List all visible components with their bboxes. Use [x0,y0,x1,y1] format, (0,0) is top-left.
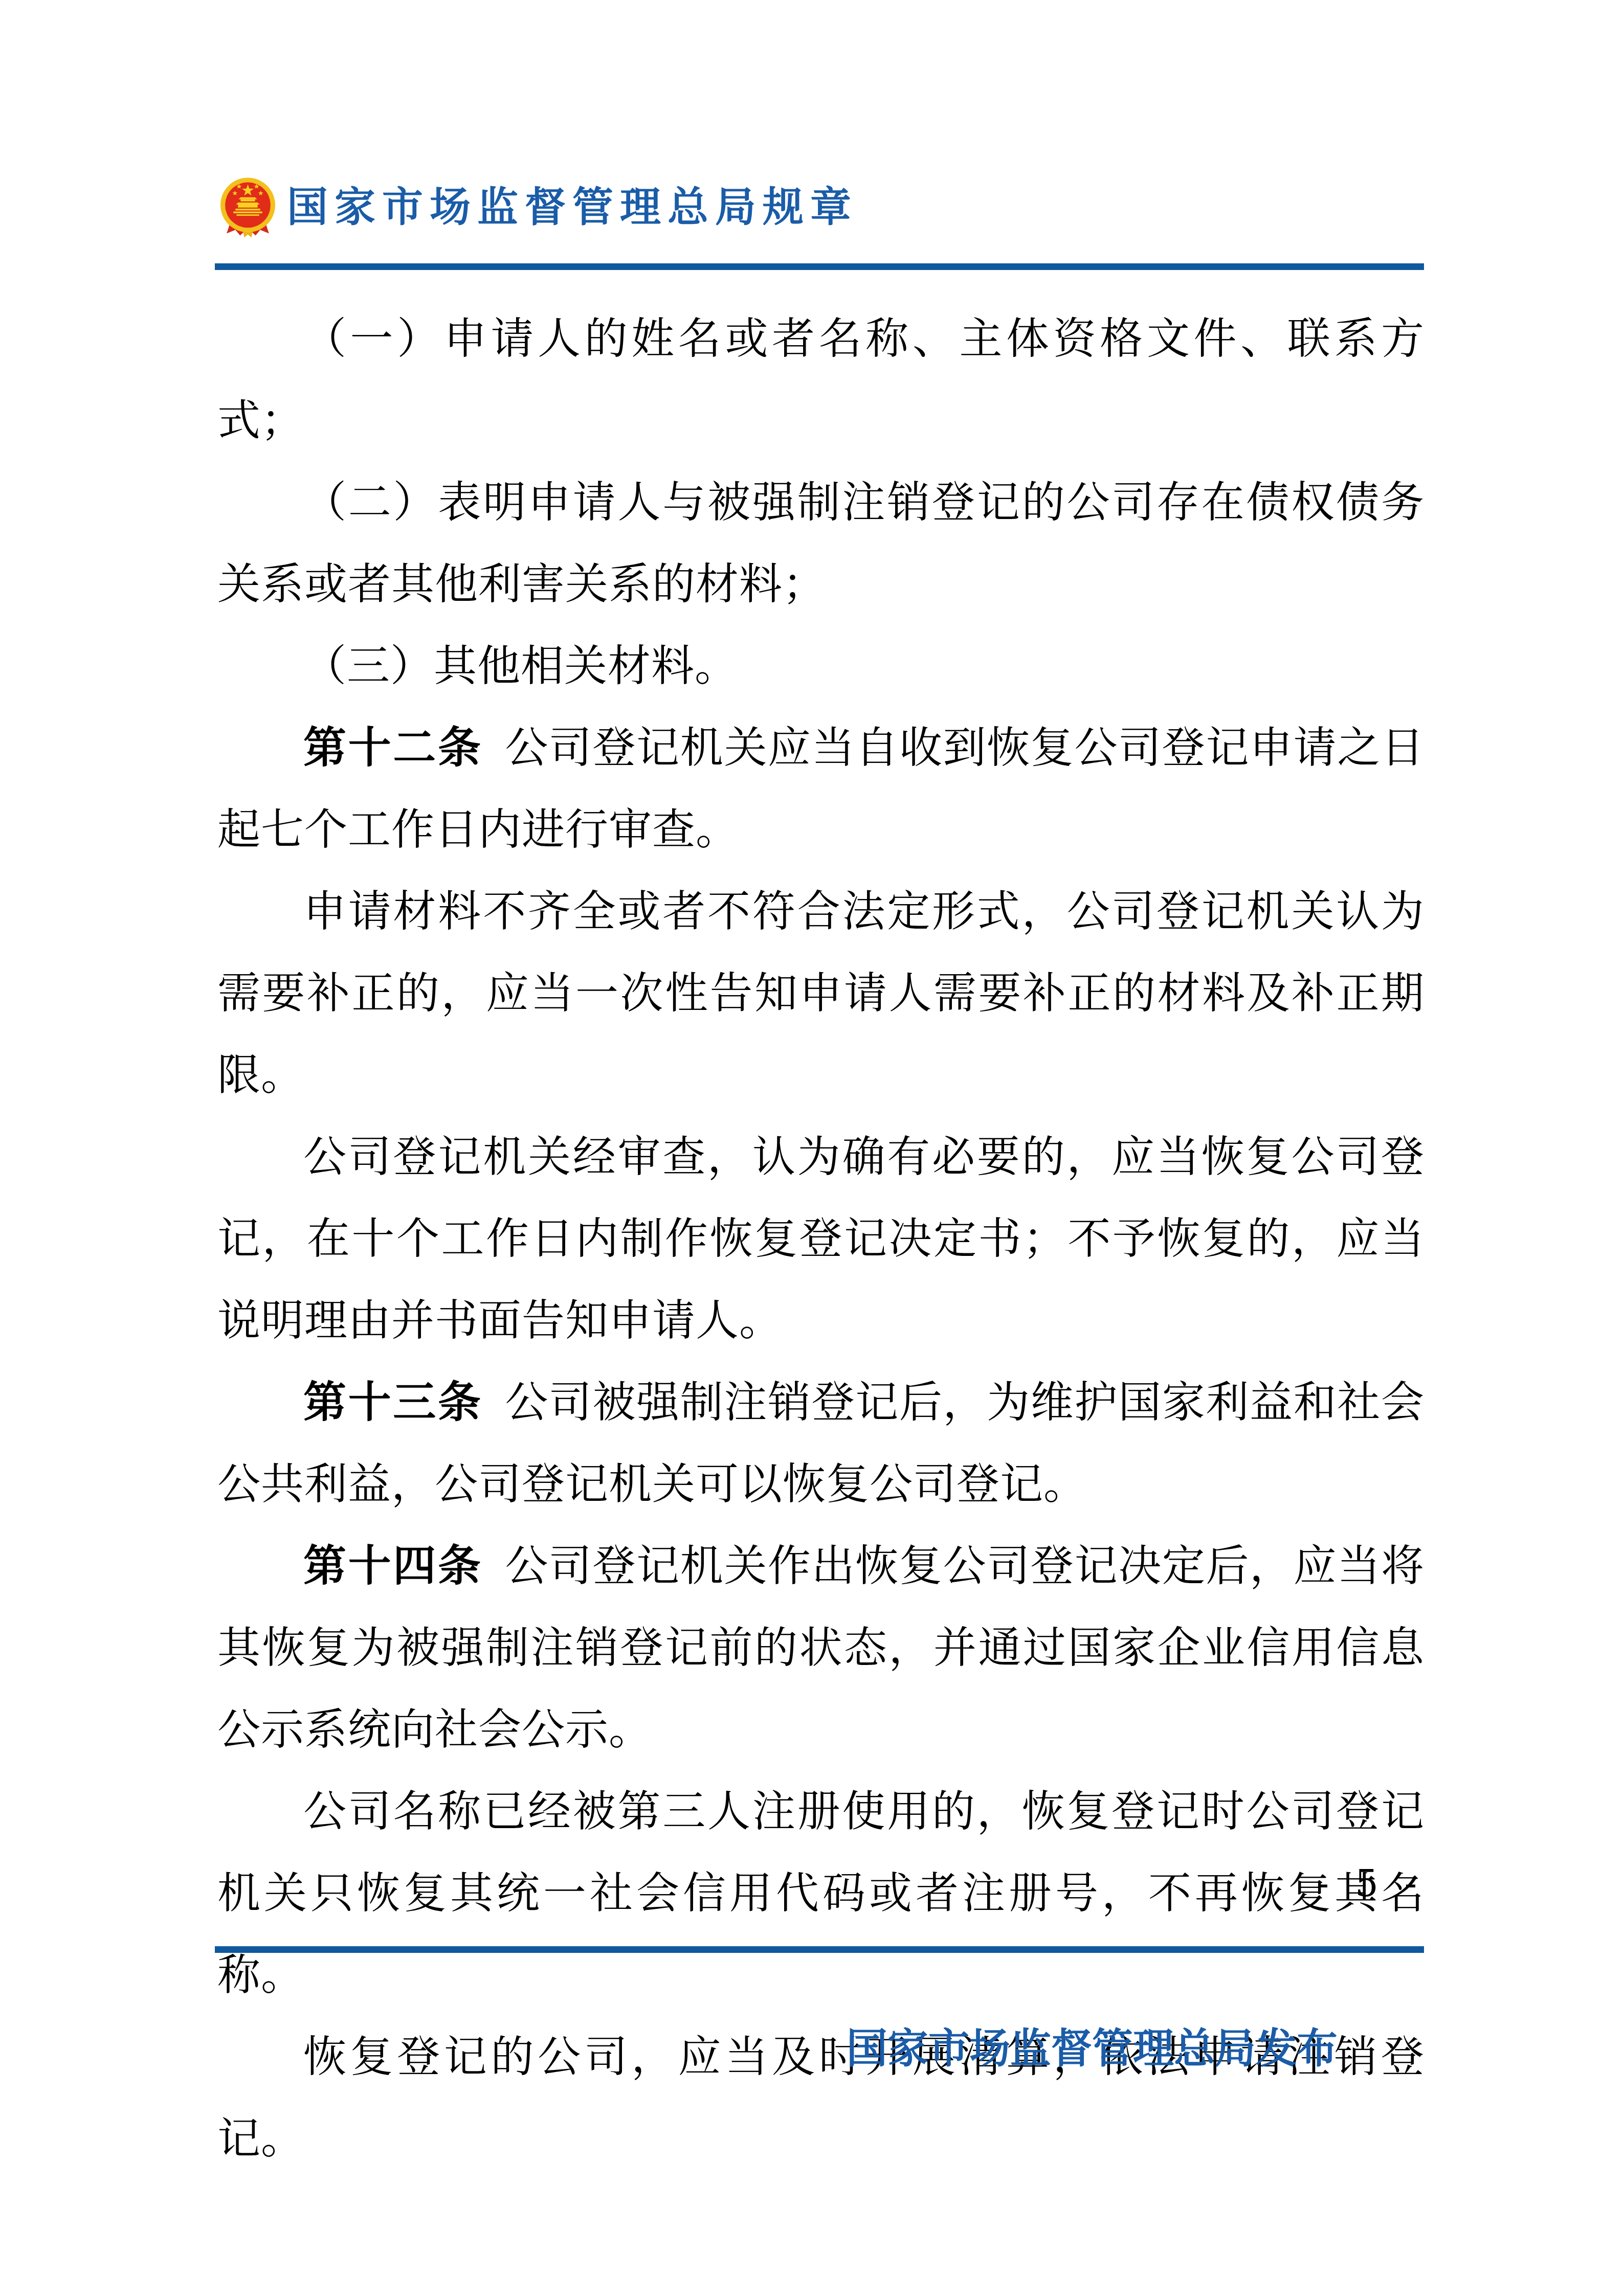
paragraph: 第十三条 公司被强制注销登记后，为维护国家利益和社会公共利益，公司登记机关可以恢… [217,1361,1425,1525]
paragraph-text: （一）申请人的姓名或者名称、主体资格文件、联系方式； [217,313,1425,445]
paragraph: （一）申请人的姓名或者名称、主体资格文件、联系方式； [217,298,1425,461]
national-emblem-icon [219,176,276,240]
footer-divider [215,1946,1424,1953]
article-number: 第十二条 [303,723,483,773]
page-number: - 5 - [1317,1860,1424,1906]
document-page: 国家市场监督管理总局规章 （一）申请人的姓名或者名称、主体资格文件、联系方式；（… [0,0,1624,2296]
paragraph: （二）表明申请人与被强制注销登记的公司存在债权债务关系或者其他利害关系的材料； [217,461,1425,625]
article-number: 第十三条 [303,1377,483,1427]
paragraph: （三）其他相关材料。 [217,625,1425,707]
article-number: 第十四条 [303,1541,483,1591]
paragraph: 公司名称已经被第三人注册使用的，恢复登记时公司登记机关只恢复其统一社会信用代码或… [217,1770,1425,2016]
body-text: （一）申请人的姓名或者名称、主体资格文件、联系方式；（二）表明申请人与被强制注销… [217,298,1425,2179]
paragraph-text: 公司登记机关经审查，认为确有必要的，应当恢复公司登记，在十个工作日内制作恢复登记… [217,1132,1425,1345]
paragraph-text: （二）表明申请人与被强制注销登记的公司存在债权债务关系或者其他利害关系的材料； [217,477,1425,609]
paragraph: 第十四条 公司登记机关作出恢复公司登记决定后，应当将其恢复为被强制注销登记前的状… [217,1525,1425,1770]
paragraph: 第十二条 公司登记机关应当自收到恢复公司登记申请之日起七个工作日内进行审查。 [217,707,1425,870]
page-title: 国家市场监督管理总局规章 [287,182,858,231]
paragraph: 申请材料不齐全或者不符合法定形式，公司登记机关认为需要补正的，应当一次性告知申请… [217,870,1425,1116]
paragraph-text: （三）其他相关材料。 [303,641,738,691]
header-divider [215,263,1424,270]
paragraph-text: 申请材料不齐全或者不符合法定形式，公司登记机关认为需要补正的，应当一次性告知申请… [217,886,1425,1100]
paragraph: 公司登记机关经审查，认为确有必要的，应当恢复公司登记，在十个工作日内制作恢复登记… [217,1116,1425,1361]
paragraph-text: 公司名称已经被第三人注册使用的，恢复登记时公司登记机关只恢复其统一社会信用代码或… [217,1786,1425,2000]
publisher-label: 国家市场监督管理总局发布 [847,2020,1338,2076]
